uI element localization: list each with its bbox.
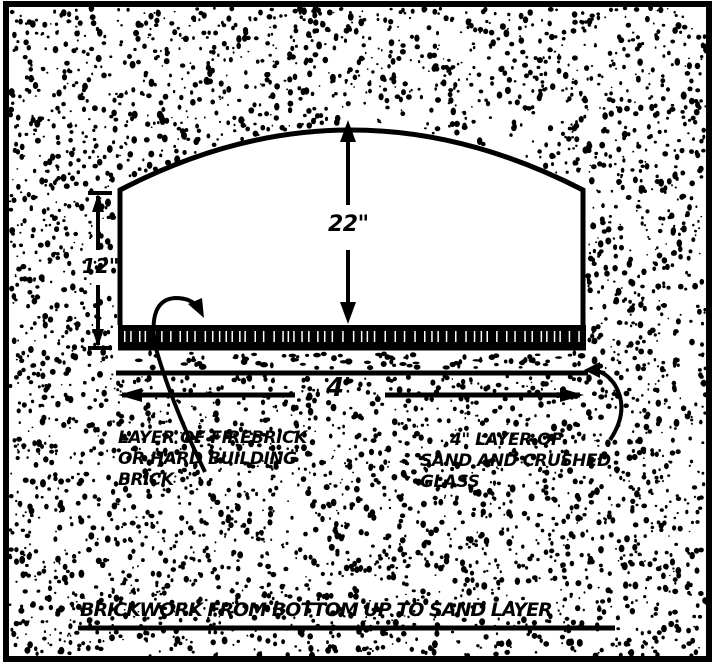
firebrick-label: LAYER OF FIREBRICK OR HARD BUILDING BRIC…	[118, 428, 307, 491]
arrowhead-left-icon	[118, 388, 142, 402]
arrowhead-up-icon	[92, 194, 104, 212]
wall-height-label: 12"	[82, 256, 119, 277]
dome-height-label: 22"	[328, 214, 369, 235]
oven-cross-section	[0, 0, 720, 666]
diagram-canvas: 22" 12" 4' LAYER OF FIREBRICK OR HARD BU…	[0, 0, 720, 666]
arrowhead-icon	[584, 362, 600, 378]
diagram-caption: BRICKWORK FROM BOTTOM UP TO SAND LAYER	[80, 600, 552, 621]
arrowhead-right-icon	[560, 388, 584, 402]
sand-label: 4" LAYER OF SAND AND CRUSHED GLASS	[420, 430, 611, 493]
floor-width-label: 4'	[326, 378, 351, 399]
